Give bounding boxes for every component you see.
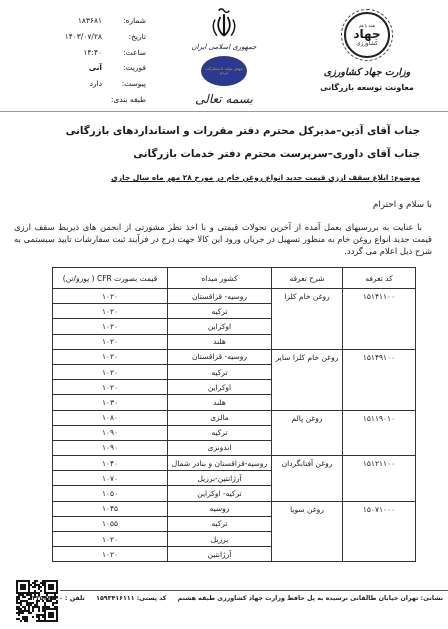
salutation: با سلام و احترام — [373, 200, 432, 210]
meta-row-urgency: فوریت: آنی — [14, 60, 146, 76]
logo-main-text: جهاد — [353, 28, 380, 41]
deputy-name: معاونت توسعه بازرگانی — [308, 83, 426, 92]
tariff-table-body: ۱۵۱۴۱۱۰۰روغن خام کلزاروسیه- قزاقستان۱۰۲۰… — [53, 289, 416, 562]
tariff-description-cell: روغن پالم — [272, 410, 343, 456]
jihad-agriculture-logo-icon: همه با هم جهاد کشاورزی — [344, 12, 390, 58]
header-divider — [0, 111, 448, 112]
recipient-line: جناب آقای آذین–مدیرکل محترم دفتر مقررات … — [18, 120, 420, 143]
urgency-value: آنی — [14, 60, 102, 76]
origin-country-cell: اوکراین — [168, 319, 272, 334]
header-tariff-code: کد تعرفه — [343, 268, 416, 289]
cfr-price-cell: ۱۰۲۰ — [53, 532, 168, 547]
cfr-price-cell: ۱۰۲۰ — [53, 304, 168, 319]
footer-postal-code: کد پستی: ۱۵۹۳۴۱۶۱۱۱ — [96, 595, 166, 602]
republic-title: جمهوری اسلامی ایران — [159, 43, 289, 51]
meta-row-time: ساعت: ۱۴:۴۰ — [14, 45, 146, 61]
origin-country-cell: هلند — [168, 334, 272, 349]
origin-country-cell: ترکیه — [168, 304, 272, 319]
time-label: ساعت: — [102, 45, 146, 61]
origin-country-cell: برزیل — [168, 532, 272, 547]
header-origin-country: کشور مبداه — [168, 268, 272, 289]
tariff-code-cell: ۱۵۱۴۱۱۰۰ — [343, 289, 416, 350]
table-row: ۱۵۱۴۱۱۰۰روغن خام کلزاروسیه- قزاقستان۱۰۲۰ — [53, 289, 416, 304]
tariff-description-cell: روغن آفتابگردان — [272, 456, 343, 502]
emblem-block: جمهوری اسلامی ایران جهش تولید با مشارکت … — [159, 6, 289, 106]
meta-row-number: شماره: ۱۸۳۶۸۱ — [14, 13, 146, 29]
tariff-code-cell: ۱۵۰۷۱۰۰۰ — [343, 501, 416, 562]
cfr-price-cell: ۱۰۲۰ — [53, 334, 168, 349]
cfr-price-cell: ۱۰۷۰ — [53, 471, 168, 486]
origin-country-cell: ترکیه — [168, 516, 272, 531]
cfr-price-cell: ۱۰۵۰ — [53, 486, 168, 501]
subject-line: موضوع: ابلاغ سقف ارزی قیمت جدید انواع رو… — [18, 173, 420, 182]
tariff-description-cell: روغن خام کلزا — [272, 289, 343, 350]
cfr-price-cell: ۱۰۳۰ — [53, 395, 168, 410]
bismillah-script: بسمه تعالی — [159, 92, 289, 106]
footer-phone: تلفن : ۴۳۵۴۴۸۰۰ — [32, 595, 85, 602]
origin-country-cell: روسیه- قزاقستان — [168, 289, 272, 304]
table-header-row: کد تعرفه شرح تعرفه کشور مبداه قیمت بصورت… — [53, 268, 416, 289]
number-label: شماره: — [102, 13, 146, 29]
date-value: ۱۴۰۳/۰۷/۲۸ — [14, 29, 102, 45]
cfr-price-cell: ۱۰۲۰ — [53, 349, 168, 364]
ministry-name: وزارت جهاد کشاورزی — [308, 67, 426, 78]
cfr-price-cell: ۱۰۲۰ — [53, 289, 168, 304]
table-row: ۱۵۱۱۹۰۱۰روغن پالممالزی۱۰۸۰ — [53, 410, 416, 425]
origin-country-cell: مالزی — [168, 410, 272, 425]
footer-divider — [60, 590, 448, 591]
origin-country-cell: هلند — [168, 395, 272, 410]
tariff-description-cell: روغن خام کلزا سایر — [272, 349, 343, 410]
footer-contact-line: نشانی: تهران خیابان طالقانی نرسیده به پل… — [62, 595, 443, 602]
date-label: تاریخ: — [102, 29, 146, 45]
recipients-block: جناب آقای آذین–مدیرکل محترم دفتر مقررات … — [18, 120, 420, 166]
origin-country-cell: اوکراین — [168, 380, 272, 395]
meta-row-attachment: پیوست: دارد — [14, 76, 146, 92]
tariff-price-table: کد تعرفه شرح تعرفه کشور مبداه قیمت بصورت… — [52, 267, 416, 562]
origin-country-cell: ترکیه — [168, 425, 272, 440]
origin-country-cell: ترکیه- اوکراین — [168, 486, 272, 501]
header-cfr-price: قیمت بصورت CFR ( یورو/تن) — [53, 268, 168, 289]
attachment-value: دارد — [14, 76, 102, 92]
letter-body: با عنایت به بررسیهای بعمل آمده از آخرین … — [14, 222, 432, 257]
year-slogan-seal: جهش تولید با مشارکت مردم — [201, 56, 247, 86]
number-value: ۱۸۳۶۸۱ — [14, 13, 102, 29]
classification-value — [14, 92, 102, 108]
origin-country-cell: اندونزی — [168, 440, 272, 455]
cfr-price-cell: ۱۰۸۰ — [53, 410, 168, 425]
tariff-code-cell: ۱۵۱۲۱۱۰۰ — [343, 456, 416, 502]
cfr-price-cell: ۱۰۴۵ — [53, 501, 168, 516]
recipient-line: جناب آقای داوری–سرپرست محترم دفتر خدمات … — [18, 143, 420, 166]
origin-country-cell: روسیه- قزاقستان — [168, 349, 272, 364]
cfr-price-cell: ۱۰۴۰ — [53, 456, 168, 471]
header-tariff-description: شرح تعرفه — [272, 268, 343, 289]
seal-text: جهش تولید با مشارکت مردم — [204, 67, 244, 76]
origin-country-cell: آرژانتین — [168, 547, 272, 562]
meta-row-date: تاریخ: ۱۴۰۳/۰۷/۲۸ — [14, 29, 146, 45]
tariff-description-cell: روغن سویا — [272, 501, 343, 562]
logo-sub-text: کشاورزی — [356, 41, 377, 48]
origin-country-cell: روسیه — [168, 501, 272, 516]
cfr-price-cell: ۱۰۲۰ — [53, 380, 168, 395]
time-value: ۱۴:۴۰ — [14, 45, 102, 61]
cfr-price-cell: ۱۰۲۰ — [53, 364, 168, 379]
cfr-price-cell: ۱۰۲۰ — [53, 319, 168, 334]
letter-meta-block: شماره: ۱۸۳۶۸۱ تاریخ: ۱۴۰۳/۰۷/۲۸ ساعت: ۱۴… — [14, 13, 146, 108]
origin-country-cell: آرژانتین-برزیل — [168, 471, 272, 486]
origin-country-cell: ترکیه — [168, 364, 272, 379]
iran-emblem-icon — [208, 6, 240, 42]
official-letter-page: همه با هم جهاد کشاورزی وزارت جهاد کشاورز… — [0, 0, 448, 629]
attachment-label: پیوست: — [102, 76, 146, 92]
table-row: ۱۵۰۷۱۰۰۰روغن سویاروسیه۱۰۴۵ — [53, 501, 416, 516]
cfr-price-cell: ۱۰۹۰ — [53, 425, 168, 440]
footer-address: نشانی: تهران خیابان طالقانی نرسیده به پل… — [178, 595, 443, 602]
cfr-price-cell: ۱۰۵۵ — [53, 516, 168, 531]
urgency-label: فوریت: — [102, 60, 146, 76]
tariff-code-cell: ۱۵۱۴۹۱۰۰ — [343, 349, 416, 410]
cfr-price-cell: ۱۰۹۰ — [53, 440, 168, 455]
table-row: ۱۵۱۴۹۱۰۰روغن خام کلزا سایرروسیه- قزاقستا… — [53, 349, 416, 364]
origin-country-cell: روسیه-قزاقستان و بنادر شمال — [168, 456, 272, 471]
table-row: ۱۵۱۲۱۱۰۰روغن آفتابگردانروسیه-قزاقستان و … — [53, 456, 416, 471]
tariff-code-cell: ۱۵۱۱۹۰۱۰ — [343, 410, 416, 456]
classification-label: طبقه بندی: — [102, 92, 146, 108]
ministry-block: همه با هم جهاد کشاورزی وزارت جهاد کشاورز… — [308, 8, 426, 92]
meta-row-classification: طبقه بندی: — [14, 92, 146, 108]
cfr-price-cell: ۱۰۲۰ — [53, 547, 168, 562]
